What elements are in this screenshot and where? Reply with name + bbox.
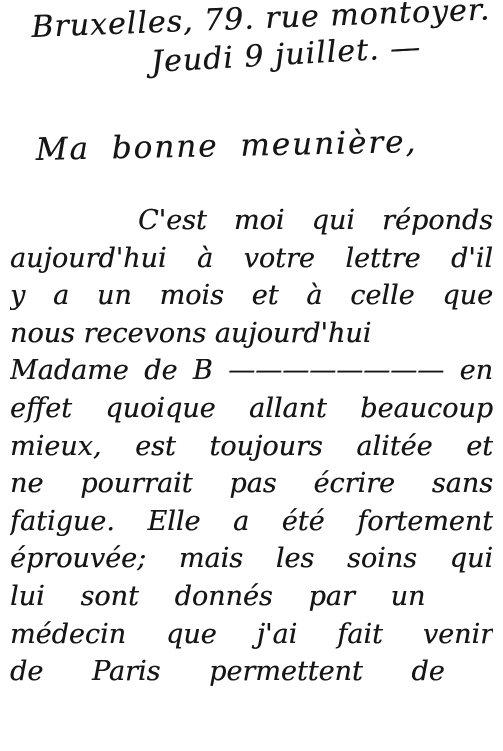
body-line: Madame de B ———————— en [10, 352, 493, 390]
body-line: C'est moi qui réponds [10, 202, 493, 240]
letter-body: C'est moi qui réponds aujourd'hui à votr… [10, 202, 493, 691]
salutation: Ma bonne meunière, [35, 122, 503, 168]
body-line: y a un mois et à celle que [10, 277, 493, 315]
body-line: lui sont donnés par un [10, 578, 425, 616]
body-line: effet quoique allant beaucoup [10, 390, 493, 428]
body-line: fatigue. Elle a été fortement [10, 503, 493, 541]
body-line: de Paris permettent de [10, 653, 445, 691]
body-line: mieux, est toujours alitée et [10, 428, 493, 466]
body-line: éprouvée; mais les soins qui [10, 540, 493, 578]
letter-page: Bruxelles, 79. rue montoyer. Jeudi 9 jui… [0, 0, 503, 751]
body-line: nous recevons aujourd'hui - [10, 315, 377, 353]
body-line: médecin que j'ai fait venir [10, 616, 493, 654]
body-line: ne pourrait pas écrire sans [10, 465, 493, 503]
body-line: aujourd'hui à votre lettre d'il [10, 240, 493, 278]
